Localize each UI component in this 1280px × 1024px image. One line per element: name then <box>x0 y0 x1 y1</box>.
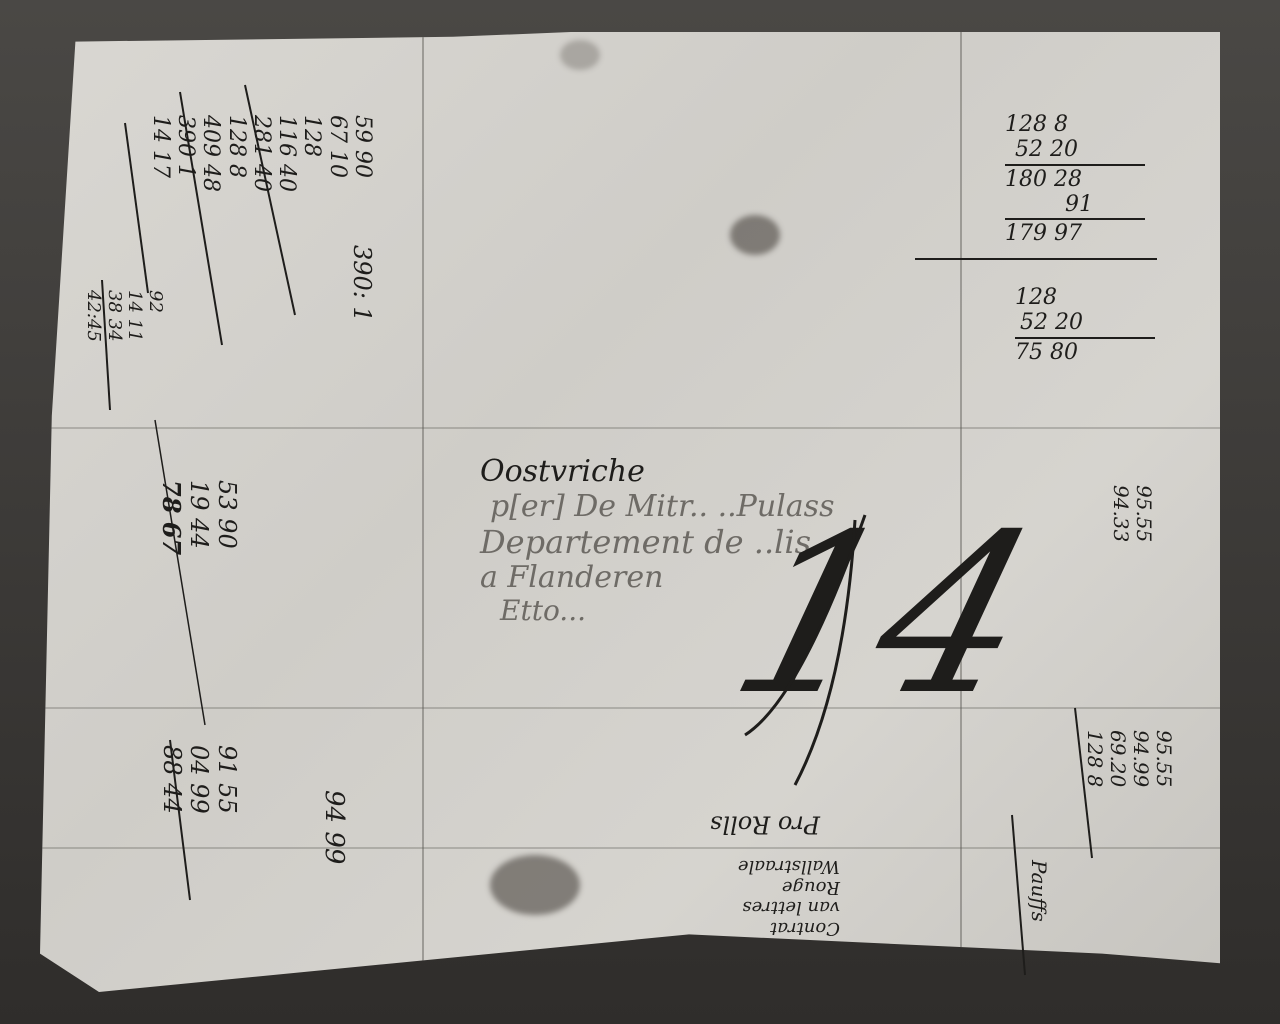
calc-value: 94 99 <box>318 790 348 864</box>
calc-line: 69.20 <box>1106 730 1129 787</box>
calc-line: 128 8 <box>1005 112 1145 137</box>
calc-line: 95.55 <box>1132 485 1155 542</box>
calc-line: 59 90 <box>350 115 375 192</box>
ink-stain <box>560 40 600 70</box>
note-line: Wallstraale <box>660 855 840 876</box>
divider-rule <box>915 258 1157 260</box>
calc-line: 91 <box>1065 192 1145 217</box>
calc-line: 94.33 <box>1109 485 1132 542</box>
calc-line: 409 48 <box>198 115 223 192</box>
left-calculation-small: 92 14 11 38 34 42:45 <box>82 290 165 342</box>
postage-mark: 14 <box>716 505 1055 725</box>
calculation-2: 128 52 20 75 80 <box>1015 285 1155 365</box>
calc-line: 91 55 <box>212 745 240 814</box>
fold-line <box>40 427 1220 429</box>
calculation-3: 95.55 94.33 <box>1109 485 1155 542</box>
calc-line: 179 97 <box>1005 221 1145 246</box>
calc-line: 75 80 <box>1015 340 1155 365</box>
sum-rule <box>1015 337 1155 339</box>
note-line: Pro Rolls <box>640 810 820 838</box>
sum-rule <box>1005 218 1145 220</box>
signature: Pauffs <box>1027 860 1050 922</box>
calc-line: 128 8 <box>1083 730 1106 787</box>
calc-line: 94.99 <box>1129 730 1152 787</box>
calc-line: 67 10 <box>324 115 349 192</box>
left-calculation-bottom: 91 55 04 99 88 44 <box>157 745 240 814</box>
fold-line <box>40 707 1220 709</box>
calculation-4: 95.55 94.99 69.20 128 8 <box>1083 730 1175 787</box>
calc-line: 390 1 <box>173 115 198 192</box>
calc-line: 95.55 <box>1152 730 1175 787</box>
fold-line <box>40 847 1220 849</box>
left-calculation-top: 59 90 67 10 128 116 40 281 40 128 8 409 … <box>147 115 375 192</box>
calc-total: 390: 1 <box>347 245 375 322</box>
note-line: van lettres <box>660 896 840 917</box>
ink-stain <box>730 215 780 255</box>
calc-line: 38 34 <box>103 290 124 342</box>
calc-line: 52 20 <box>1015 137 1145 162</box>
calc-line: 19 44 <box>185 480 213 555</box>
calc-line: 281 40 <box>249 115 274 192</box>
calc-line: 88 44 <box>157 745 185 814</box>
calc-line: 128 <box>1015 285 1155 310</box>
calc-line: 14 11 <box>124 290 145 342</box>
calc-line: 78 67 <box>157 480 185 555</box>
calc-line: 128 8 <box>223 115 248 192</box>
calc-line: 52 20 <box>1020 310 1155 335</box>
calc-line: 14 17 <box>147 115 172 192</box>
sum-rule <box>1005 164 1145 166</box>
note-line: Contrat <box>660 917 840 938</box>
note-line: Rouge <box>660 876 840 897</box>
address-line: Oostvriche <box>480 455 834 490</box>
calc-line: 92 <box>144 290 165 342</box>
upside-down-note-lines: Contrat van lettres Rouge Wallstraale <box>660 855 840 938</box>
upside-down-note: Pro Rolls <box>640 810 820 838</box>
left-calculation-middle: 53 90 19 44 78 67 <box>157 480 240 555</box>
calc-line: 42:45 <box>82 290 103 342</box>
calculation-1: 128 8 52 20 180 28 91 179 97 <box>1005 112 1145 246</box>
calc-line: 116 40 <box>274 115 299 192</box>
wax-seal-stain <box>490 855 580 915</box>
calc-line: 53 90 <box>212 480 240 555</box>
calc-line: 180 28 <box>1005 167 1145 192</box>
calc-line: 128 <box>299 115 324 192</box>
calc-line: 04 99 <box>185 745 213 814</box>
